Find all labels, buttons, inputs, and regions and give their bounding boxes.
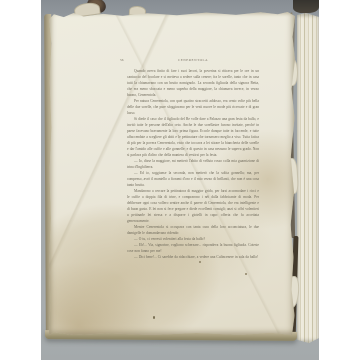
paragraph: Quando aveva finito di fare i suoi lavor… <box>127 68 259 98</box>
page-number: 56 <box>120 58 123 62</box>
book-page: 56 CENERENTOLA Quando aveva finito di fa… <box>49 11 295 335</box>
right-page-block-fore-edge <box>297 13 319 343</box>
foxing-speck <box>199 261 201 263</box>
paragraph: Si diede il caso che il figliuolo del Re… <box>127 116 259 158</box>
running-head: 56 CENERENTOLA <box>127 58 259 63</box>
paragraph: — Eh!... Via, signorine, vogliono scherz… <box>127 242 259 254</box>
paragraph: — Io, disse la maggiore, mi metterò l'ab… <box>127 158 259 170</box>
paragraph: — Dici bene!... Ci sarebbe da ridacchiar… <box>127 254 259 260</box>
paragraph: Mandarono a cercare la pettinatora di ma… <box>127 188 259 224</box>
foxing-speck <box>153 316 155 319</box>
book-photo: 56 CENERENTOLA Quando aveva finito di fa… <box>41 0 319 360</box>
paragraph: Mentre Cenerentola si occupava con tanta… <box>127 224 259 236</box>
printed-text-block: 56 CENERENTOLA Quando aveva finito di fa… <box>127 58 259 260</box>
binding-scrap <box>293 0 319 13</box>
paragraph: — Ed io, soggiunse la seconda, non mette… <box>127 170 259 188</box>
foxing-speck <box>245 273 247 275</box>
paragraph: Per natura Cenerentola, con quei quattro… <box>127 98 259 116</box>
running-head-title: CENERENTOLA <box>178 58 208 62</box>
